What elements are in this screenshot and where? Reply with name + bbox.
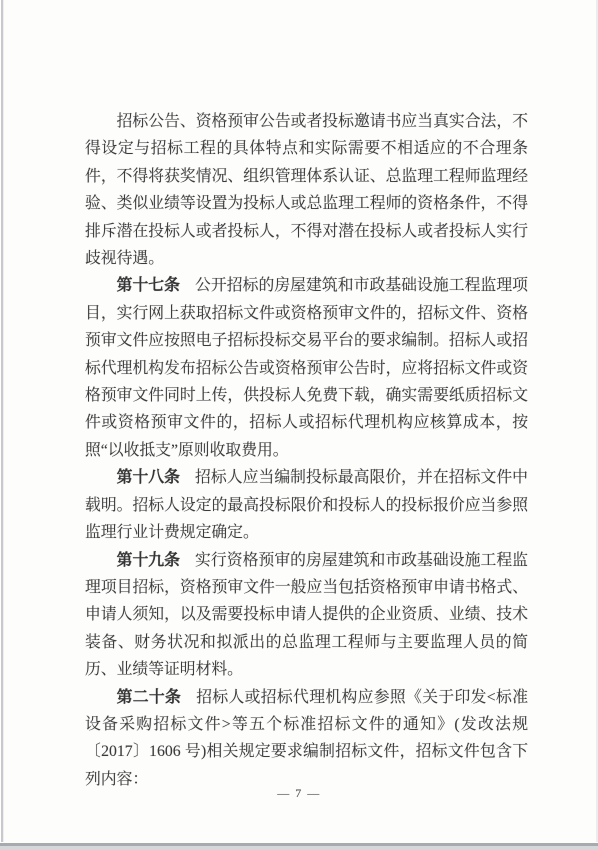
paragraph-body: 招标公告、资格预审公告或者投标邀请书应当真实合法，不得设定与招标工程的具体特点和… bbox=[85, 108, 528, 272]
scan-edge-left bbox=[0, 0, 4, 844]
paragraph-article: 第十七条公开招标的房屋建筑和市政基础设施工程监理项目，实行网上获取招标文件或资格… bbox=[85, 272, 528, 464]
article-number: 第十八条 bbox=[117, 469, 180, 486]
document-body: 招标公告、资格预审公告或者投标邀请书应当真实合法，不得设定与招标工程的具体特点和… bbox=[85, 108, 528, 793]
paragraph-article: 第十八条招标人应当编制投标最高限价，并在招标文件中载明。招标人设定的最高投标限价… bbox=[85, 464, 528, 546]
scanned-document-page: 招标公告、资格预审公告或者投标邀请书应当真实合法，不得设定与招标工程的具体特点和… bbox=[0, 0, 598, 850]
scan-edge-bottom bbox=[0, 842, 598, 850]
paragraph-text: 公开招标的房屋建筑和市政基础设施工程监理项目，实行网上获取招标文件或资格预审文件… bbox=[85, 277, 528, 458]
paragraph-article: 第二十条招标人或招标代理机构应参照《关于印发<标准设备采购招标文件>等五个标准招… bbox=[85, 684, 528, 794]
page-number: — 7 — bbox=[0, 786, 598, 801]
article-number: 第十九条 bbox=[117, 552, 180, 569]
paragraph-text: 招标公告、资格预审公告或者投标邀请书应当真实合法，不得设定与招标工程的具体特点和… bbox=[85, 113, 528, 267]
paragraph-text: 实行资格预审的房屋建筑和市政基础设施工程监理项目招标，资格预审文件一般应当包括资… bbox=[85, 552, 528, 679]
article-number: 第十七条 bbox=[117, 277, 180, 294]
article-number: 第二十条 bbox=[117, 689, 182, 706]
paragraph-article: 第十九条实行资格预审的房屋建筑和市政基础设施工程监理项目招标，资格预审文件一般应… bbox=[85, 547, 528, 684]
